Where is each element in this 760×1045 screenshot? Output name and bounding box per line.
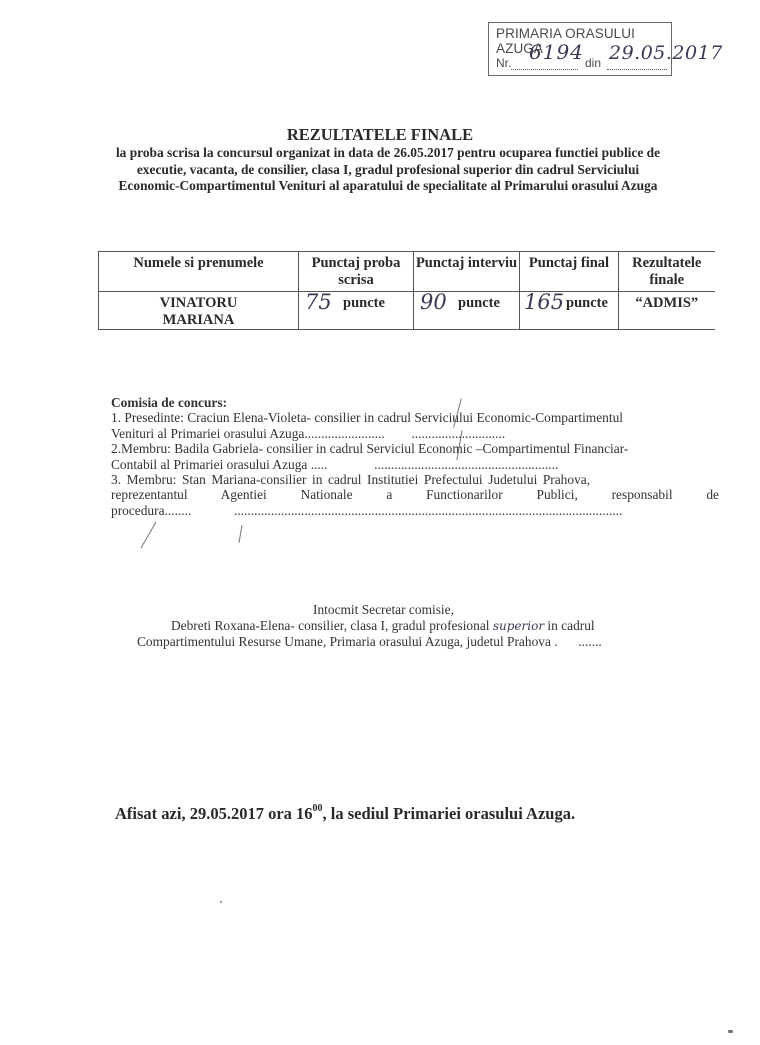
secretary-unit: in cadrul [547, 618, 594, 633]
final-score-unit: puncte [566, 295, 608, 312]
secretary-name: Debreti Roxana-Elena- consilier, clasa I… [171, 618, 489, 633]
member-3-line3: procedura........ ......................… [111, 503, 719, 518]
candidate-surname: VINATORU [99, 295, 298, 312]
stamp-nr-line [511, 69, 578, 70]
secretary-department: Compartimentului Resurse Umane, Primaria… [137, 634, 558, 649]
results-table: Numele si prenumele Punctaj proba scrisa… [98, 251, 715, 330]
member-3-role: procedura........ [111, 503, 191, 518]
stamp-date-value: 29.05.2017 [609, 42, 723, 64]
posting-minutes: 00 [313, 803, 323, 814]
stamp-din-line [607, 69, 667, 70]
secretary-line2: Debreti Roxana-Elena- consilier, clasa I… [171, 618, 595, 634]
written-score-unit: puncte [343, 295, 385, 312]
header-final-result: Rezultatele finale [619, 252, 715, 292]
document-title: REZULTATELE FINALE [0, 125, 760, 145]
table-row: VINATORU MARIANA 75 puncte 90 puncte 165… [99, 292, 715, 330]
header-name: Numele si prenumele [99, 252, 299, 292]
member-1-dots: ........................ [304, 426, 384, 441]
header-written-score: Punctaj proba scrisa [299, 252, 414, 292]
member-1-line2: Venituri al Primariei orasului Azuga....… [111, 426, 719, 441]
written-score-cell: 75 puncte [299, 292, 414, 330]
member-3-signature-line: ........................................… [234, 503, 622, 518]
commission-heading: Comisia de concurs: [111, 395, 719, 410]
final-result: “ADMIS” [619, 292, 715, 330]
secretary-line3: Compartimentului Resurse Umane, Primaria… [137, 634, 602, 650]
member-2-line2: Contabil al Primariei orasului Azuga ...… [111, 457, 719, 472]
secretary-heading: Intocmit Secretar comisie, [313, 602, 454, 618]
stamp-nr-value: 6194 [529, 40, 584, 64]
member-3-line1: 3. Membru: Stan Mariana-consilier in cad… [111, 472, 719, 487]
signature-mark [141, 522, 157, 548]
member-2-line1: 2.Membru: Badila Gabriela- consilier in … [111, 441, 719, 456]
header-interview-score: Punctaj interviu [414, 252, 520, 292]
member-2-signature-line: ........................................… [374, 457, 558, 472]
stamp-nr-label: Nr. [496, 56, 511, 70]
member-2-affiliation: Contabil al Primariei orasului Azuga ...… [111, 457, 327, 472]
posting-date-time: Afisat azi, 29.05.2017 ora 16 [115, 804, 313, 823]
final-score-cell: 165 puncte [520, 292, 619, 330]
secretary-signature-line: ....... [578, 634, 601, 649]
final-score-value: 165 [524, 294, 564, 311]
signature-mark [238, 525, 242, 543]
interview-score-cell: 90 puncte [414, 292, 520, 330]
posting-notice: Afisat azi, 29.05.2017 ora 1600, la sedi… [115, 804, 575, 824]
candidate-firstname: MARIANA [99, 312, 298, 329]
interview-score-value: 90 [420, 294, 447, 311]
interview-score-unit: puncte [458, 295, 500, 312]
commission-section: Comisia de concurs: 1. Presedinte: Craci… [111, 395, 719, 518]
document-subtitle: la proba scrisa la concursul organizat i… [108, 145, 668, 195]
posting-location: , la sediul Primariei orasului Azuga. [323, 804, 576, 823]
member-1-affiliation: Venituri al Primariei orasului Azuga [111, 426, 304, 441]
stamp-din-label: din [585, 56, 601, 70]
member-1-signature-line: ............................ [411, 426, 505, 441]
secretary-grade-handwritten: superior [493, 619, 544, 633]
registration-stamp: PRIMARIA ORASULUI AZUGA Nr. 6194 din 29.… [488, 22, 672, 76]
member-3-line2: reprezentantul Agentiei Nationale a Func… [111, 487, 719, 502]
scan-speck [728, 1030, 733, 1033]
header-final-score: Punctaj final [520, 252, 619, 292]
scan-speck [220, 901, 222, 903]
table-header-row: Numele si prenumele Punctaj proba scrisa… [99, 252, 715, 292]
written-score-value: 75 [305, 294, 332, 311]
candidate-name: VINATORU MARIANA [99, 292, 299, 330]
member-1-line1: 1. Presedinte: Craciun Elena-Violeta- co… [111, 410, 719, 425]
